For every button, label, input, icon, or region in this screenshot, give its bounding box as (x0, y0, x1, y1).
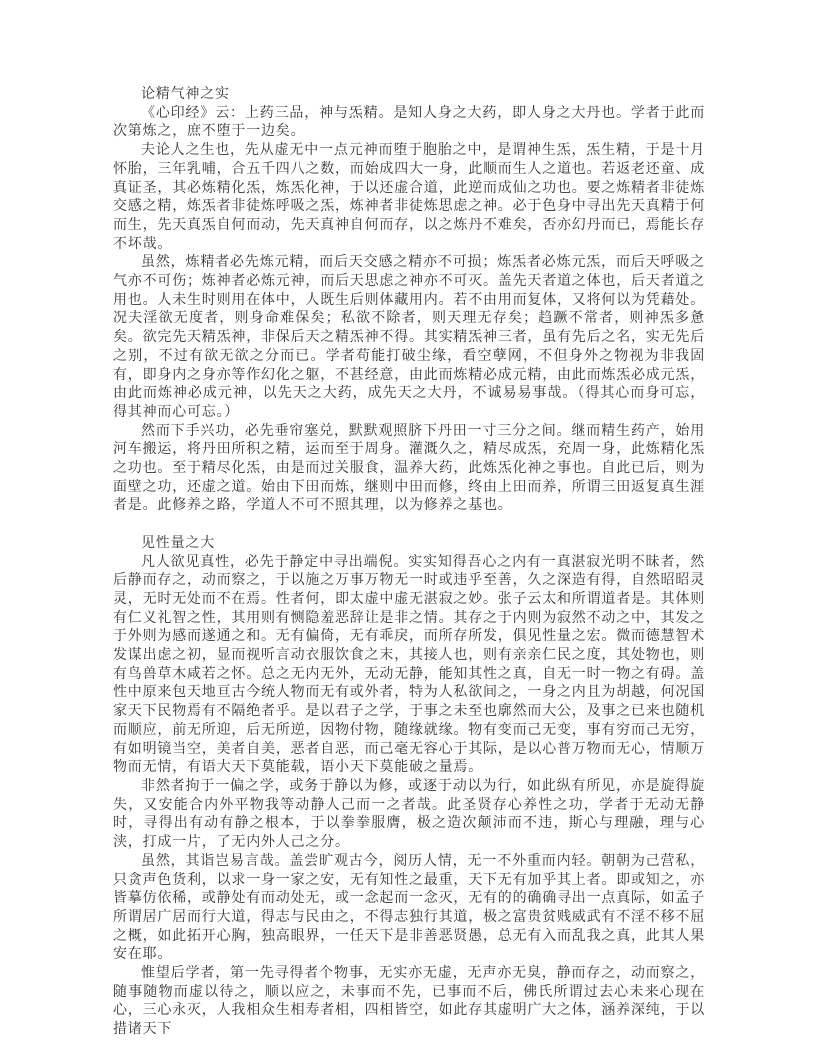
section-title-essence-qi-spirit: 论精气神之实 (113, 86, 705, 105)
body-paragraph: 然而下手兴功，必先垂帘塞兑，默默观照脐下丹田一寸三分之间。继而精生药产，始用河车… (113, 423, 705, 517)
body-paragraph: 非然者拘于一偏之学，或务于静以为修，或逐于动以为行，如此纵有所见，亦是旋得旋失，… (113, 778, 705, 853)
section-seeing-nature: 见性量之大 凡人欲见真性，必先于静定中寻出端倪。实实知得吾心之内有一真湛寂光明不… (113, 535, 705, 1040)
body-paragraph: 夫论人之生也，先从虚无中一点元神而堕于胞胎之中，是谓神生炁，炁生精，于是十月怀胎… (113, 142, 705, 254)
body-paragraph: 惟望后学者，第一先寻得者个物事，无实亦无虚，无声亦无臭，静而存之，动而察之，随事… (113, 965, 705, 1040)
body-paragraph: 虽然，其诣岂易言哉。盖尝旷观古今，阅历人情，无一不外重而内轻。朝朝为己营私，只贪… (113, 853, 705, 965)
body-paragraph: 凡人欲见真性，必先于静定中寻出端倪。实实知得吾心之内有一真湛寂光明不昧者，然后静… (113, 554, 705, 778)
text-column: 论精气神之实 《心印经》云：上药三品，神与炁精。是知人身之大药，即人身之大丹也。… (113, 86, 705, 1040)
section-title-seeing-nature: 见性量之大 (113, 535, 705, 554)
body-paragraph: 《心印经》云：上药三品，神与炁精。是知人身之大药，即人身之大丹也。学者于此而次第… (113, 105, 705, 142)
document-page: 论精气神之实 《心印经》云：上药三品，神与炁精。是知人身之大药，即人身之大丹也。… (0, 0, 816, 1056)
body-paragraph: 虽然，炼精者必先炼元精，而后天交感之精亦不可损；炼炁者必炼元炁，而后天呼吸之气亦… (113, 254, 705, 422)
section-essence-qi-spirit: 论精气神之实 《心印经》云：上药三品，神与炁精。是知人身之大药，即人身之大丹也。… (113, 86, 705, 516)
